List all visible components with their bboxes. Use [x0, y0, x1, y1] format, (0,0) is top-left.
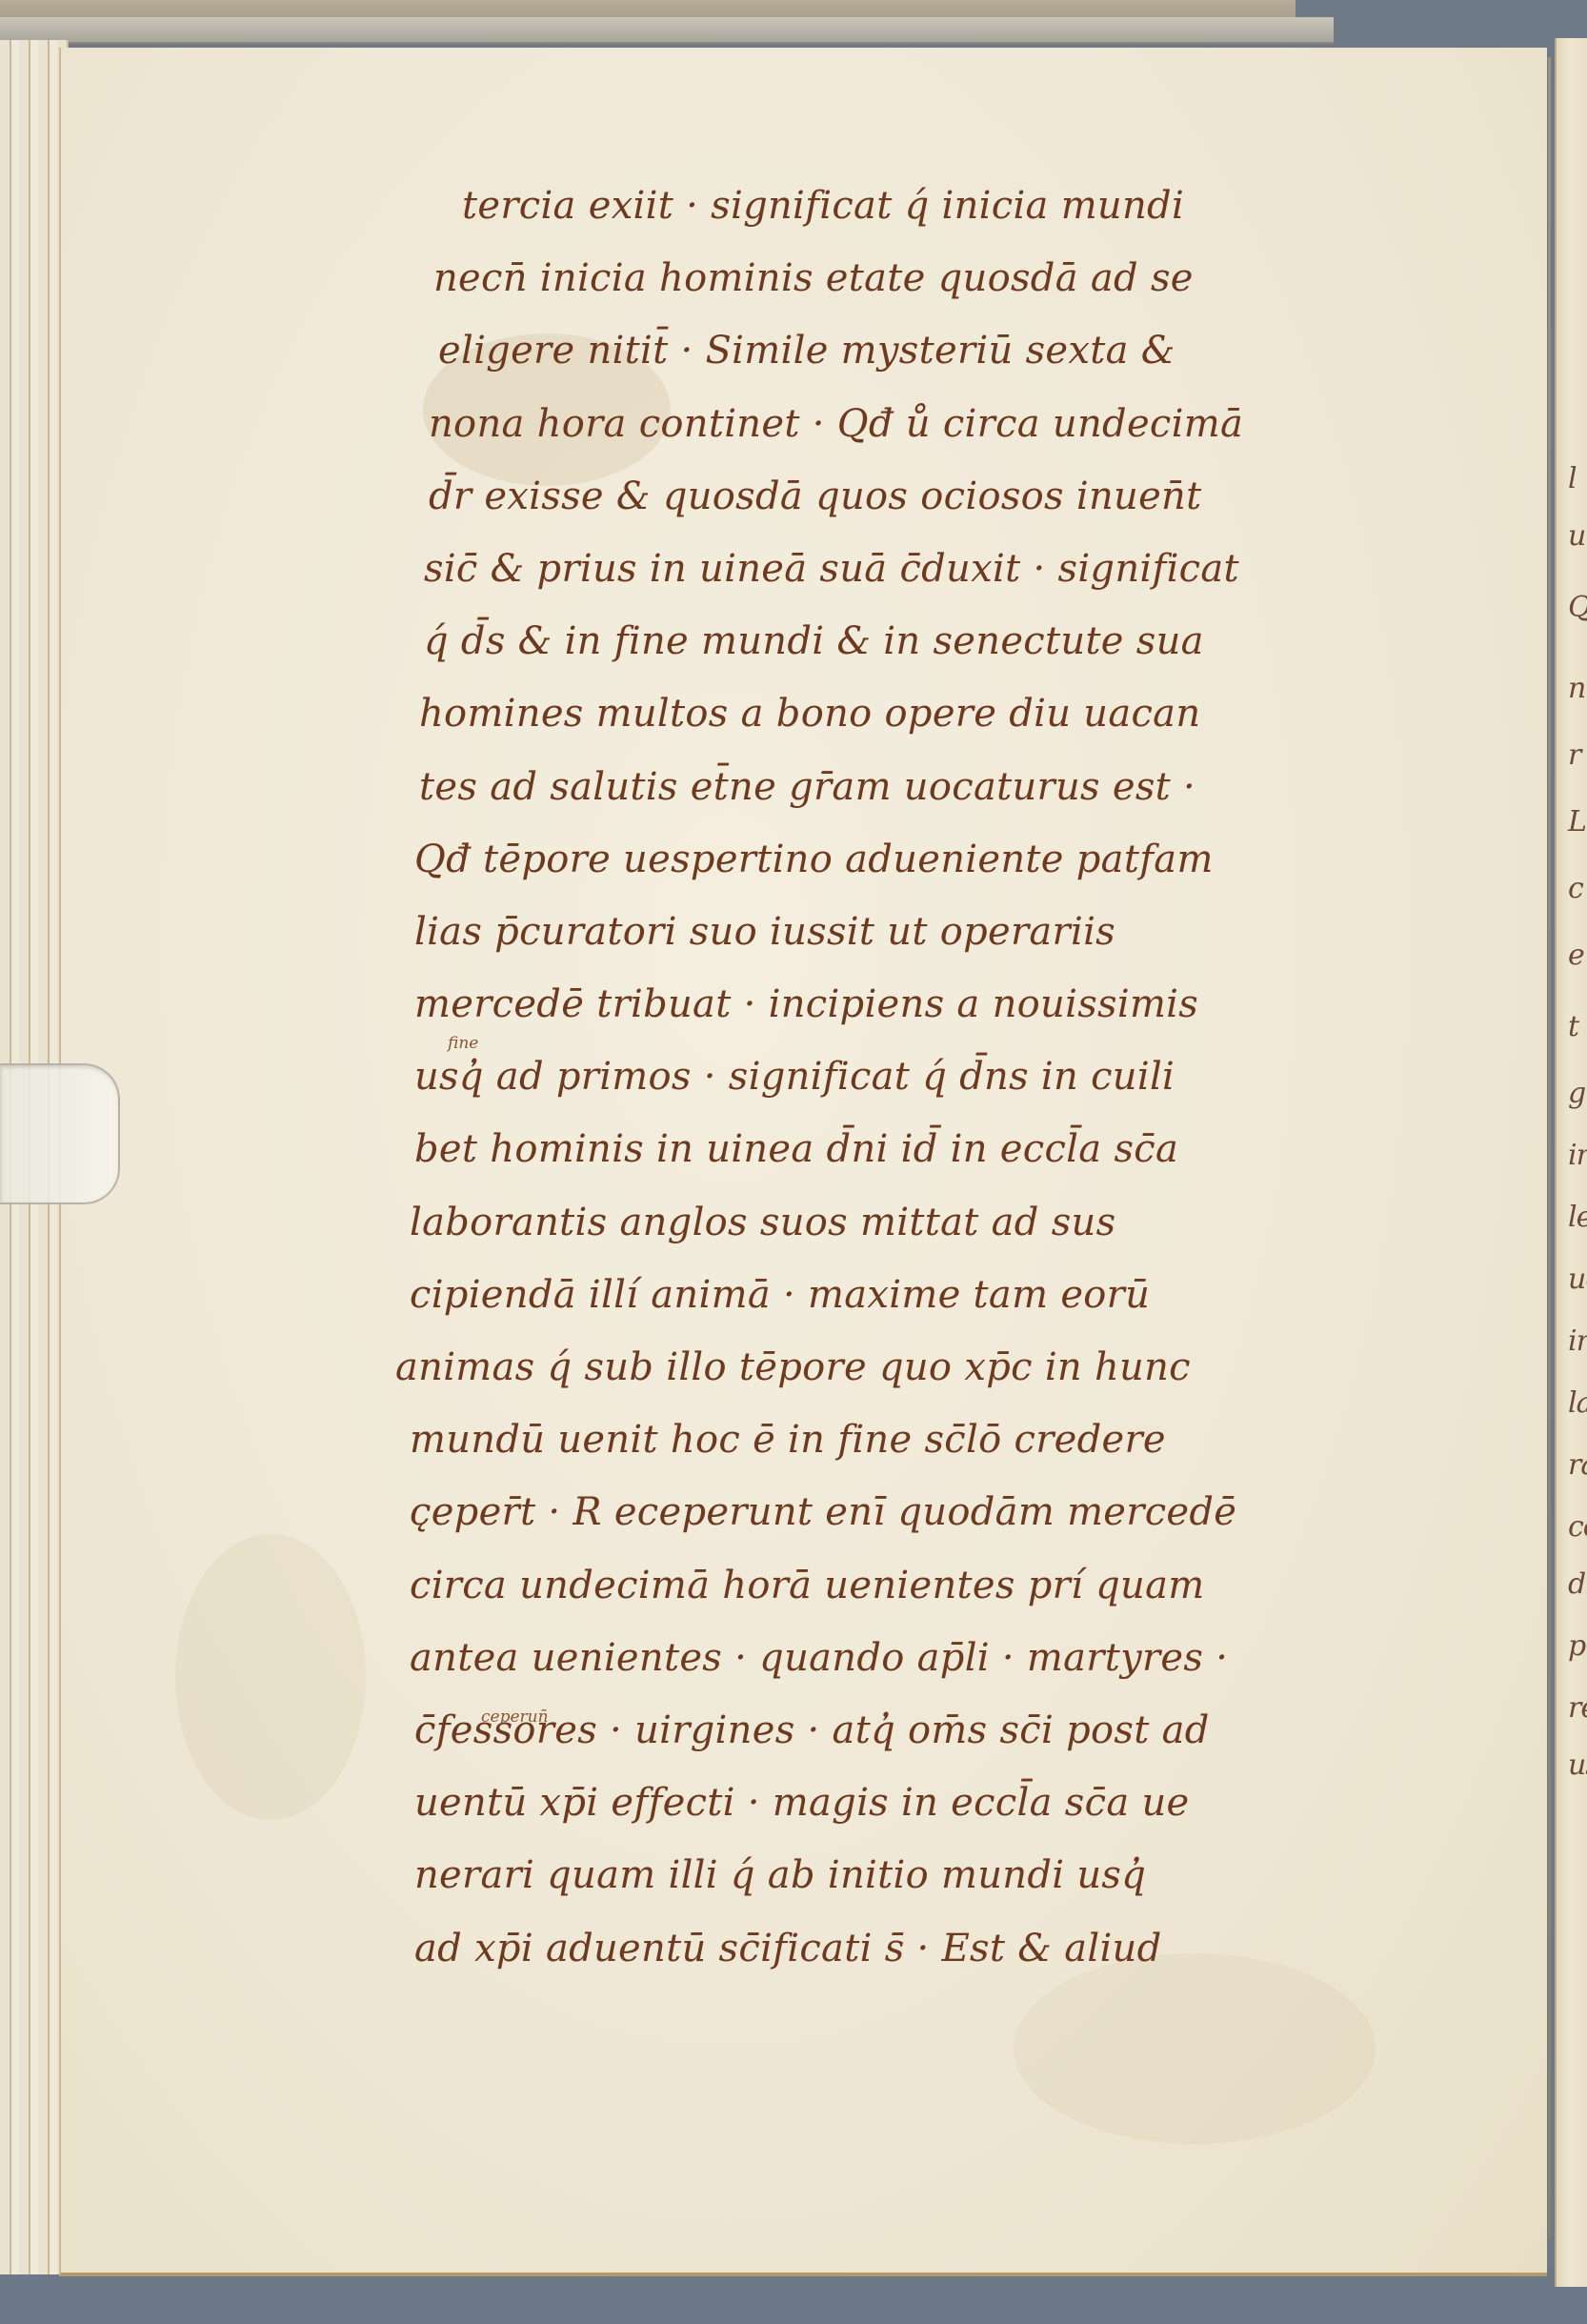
text-line: bet hominis in uinea d̄ni id̄ in eccl̄a … — [395, 1129, 1481, 1170]
text-line: mercedē tribuat · incipiens a nouissimi… — [395, 984, 1481, 1025]
text-line: c̄fessores · uirgines · atq̓ om̄s sc̄i p… — [395, 1710, 1481, 1751]
facing-text-fragment: dicun — [1568, 1567, 1587, 1601]
parchment-stain — [175, 1534, 366, 1820]
facing-text-fragment: inp — [1568, 1139, 1587, 1172]
facing-text-fragment: Q — [1568, 591, 1587, 624]
manuscript-text-block: tercia exiit · significat q́ inicia mund… — [395, 186, 1481, 2001]
facing-text-fragment: t — [1568, 1010, 1578, 1043]
text-line: ad xp̄i aduentū sc̄ificati s̄ · Est & a… — [395, 1929, 1481, 1970]
text-line: antea uenientes · quando ap̄li · martyre… — [395, 1638, 1481, 1679]
facing-text-fragment: u — [1568, 519, 1585, 553]
facing-text-fragment: in leg — [1568, 1324, 1587, 1358]
text-line: q́ d̄s & in fine mundi & in senectute su… — [395, 621, 1481, 662]
text-line: uentū xp̄i effecti · magis in eccl̄a sc… — [395, 1783, 1481, 1824]
facing-text-fragment: prius — [1568, 1629, 1587, 1663]
book-edge-top — [0, 17, 1334, 44]
text-line: tercia exiit · significat q́ inicia mund… — [395, 186, 1481, 227]
facing-text-fragment: cordi — [1568, 1510, 1587, 1544]
book-clip — [0, 1063, 120, 1204]
facing-text-fragment: l — [1568, 462, 1577, 495]
text-line: nerari quam illi q́ ab initio mundi usq̓ — [395, 1855, 1481, 1896]
facing-text-fragment: uerb — [1568, 1263, 1587, 1296]
gutter-fold — [1548, 57, 1551, 2239]
facing-text-fragment: regna — [1568, 1691, 1587, 1725]
text-line: Qđ tēpore uespertino adueniente patfam — [395, 839, 1481, 880]
facing-text-fragment: labor — [1568, 1386, 1587, 1420]
facing-text-fragment: n — [1568, 672, 1585, 705]
facing-text-fragment: g — [1568, 1077, 1585, 1110]
text-line: lias p̄curatori suo iussit ut operariis — [395, 912, 1481, 953]
facing-text-fragment: usq, ad — [1568, 1748, 1587, 1782]
text-line: d̄r exisse & quosdā quos ociosos inuen̄… — [395, 476, 1481, 517]
interlinear-gloss: fine — [448, 1034, 478, 1053]
facing-text-fragment: e — [1568, 939, 1584, 972]
text-line: mundū uenit hoc ē in fine sc̄lō crede… — [395, 1420, 1481, 1461]
facing-text-fragment: r — [1568, 738, 1580, 772]
text-line: homines multos a bono opere diu uacan — [395, 694, 1481, 735]
text-line: circa undecimā horā uenientes prí qua… — [395, 1566, 1481, 1607]
text-line: nona hora continet · Qđ ů circa undecim… — [395, 404, 1481, 445]
facing-text-fragment: L — [1568, 805, 1586, 839]
facing-text-fragment: ratio — [1568, 1448, 1587, 1482]
facing-text-fragment: legit — [1568, 1201, 1587, 1234]
facing-text-fragment: c — [1568, 872, 1583, 905]
text-line: c̨eper̄t · R eceperunt enī quodām merc… — [395, 1492, 1481, 1533]
text-line: usq̓ ad primos · significat q́ d̄ns in c… — [395, 1057, 1481, 1098]
text-line: eligere nitit̄ · Simile mysteriū sexta … — [395, 331, 1481, 372]
text-line: necn̄ inicia hominis etate quosdā ad se — [395, 258, 1481, 299]
interlinear-gloss: ceperun̄ — [481, 1708, 549, 1727]
text-line: cipiendā illí animā · maxime tam eoru… — [395, 1275, 1481, 1316]
text-line: animas q́ sub illo tēpore quo xp̄c in h… — [395, 1347, 1481, 1388]
text-line: tes ad salutis et̄ne gr̄am uocaturus est… — [395, 767, 1481, 808]
text-line: sic̄ & prius in uineā suā c̄duxit · si… — [395, 549, 1481, 590]
text-line: laborantis anglos suos mittat ad sus — [395, 1202, 1481, 1243]
